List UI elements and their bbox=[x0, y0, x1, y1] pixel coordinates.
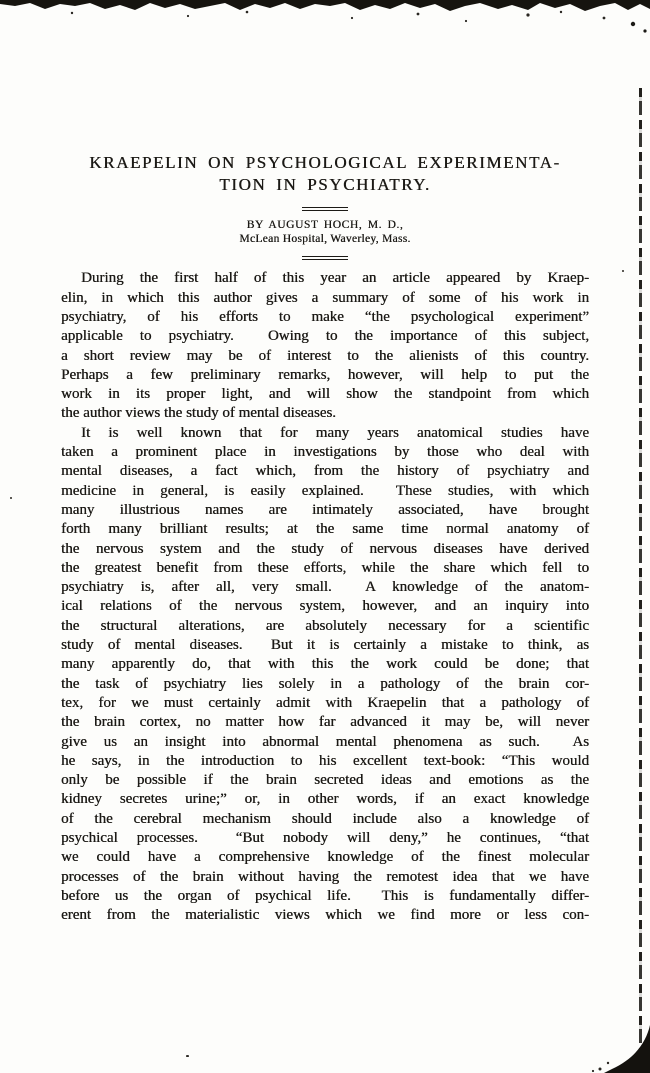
text-line: work in its proper light, and will show … bbox=[61, 385, 589, 404]
text-line: ical relations of the nervous system, ho… bbox=[61, 597, 589, 616]
title-line-2: TION IN PSYCHIATRY. bbox=[219, 175, 430, 194]
text-line: the brain cortex, no matter how far adva… bbox=[61, 713, 589, 732]
text-line: Perhaps a few preliminary remarks, howev… bbox=[61, 366, 589, 385]
text-line: many apparently do, that with this the w… bbox=[61, 655, 589, 674]
paragraph: It is well known that for many years ana… bbox=[61, 424, 589, 926]
text-line: forth many brilliant results; at the sam… bbox=[61, 520, 589, 539]
text-line: psychiatry is, after all, very small. A … bbox=[61, 578, 589, 597]
text-line: psychiatry, of his efforts to make “the … bbox=[61, 308, 589, 327]
text-line: of the cerebral mechanism should include… bbox=[61, 810, 589, 829]
title-line-1: KRAEPELIN ON PSYCHOLOGICAL EXPERIMENTA- bbox=[89, 153, 560, 172]
text-line: medicine in general, is easily explained… bbox=[61, 482, 589, 501]
text-line: only be possible if the brain secreted i… bbox=[61, 771, 589, 790]
scanned-page: KRAEPELIN ON PSYCHOLOGICAL EXPERIMENTA- … bbox=[0, 0, 650, 1073]
section-divider-top bbox=[302, 207, 348, 211]
text-line: before us the organ of psychical life. T… bbox=[61, 887, 589, 906]
text-line: many illustrious names are intimately as… bbox=[61, 501, 589, 520]
text-line: the structural alterations, are absolute… bbox=[61, 617, 589, 636]
text-line: he says, in the introduction to his exce… bbox=[61, 752, 589, 771]
text-line: the author views the study of mental dis… bbox=[61, 404, 589, 423]
paragraph: During the first half of this year an ar… bbox=[61, 269, 589, 423]
text-line: mental diseases, a fact which, from the … bbox=[61, 462, 589, 481]
byline: BY AUGUST HOCH, M. D., bbox=[0, 219, 650, 231]
text-line: During the first half of this year an ar… bbox=[61, 269, 589, 288]
text-line: processes of the brain without having th… bbox=[61, 868, 589, 887]
text-line: It is well known that for many years ana… bbox=[61, 424, 589, 443]
text-line: the task of psychiatry lies solely in a … bbox=[61, 675, 589, 694]
article-body: During the first half of this year an ar… bbox=[61, 269, 589, 925]
text-line: the nervous system and the study of nerv… bbox=[61, 540, 589, 559]
text-line: tex, for we must certainly admit with Kr… bbox=[61, 694, 589, 713]
text-line: give us an insight into abnormal mental … bbox=[61, 733, 589, 752]
text-line: the greatest benefit from these efforts,… bbox=[61, 559, 589, 578]
article-title: KRAEPELIN ON PSYCHOLOGICAL EXPERIMENTA- … bbox=[0, 152, 650, 196]
text-line: we could have a comprehensive knowledge … bbox=[61, 848, 589, 867]
scan-speck bbox=[186, 1055, 189, 1057]
text-line: taken a prominent place in investigation… bbox=[61, 443, 589, 462]
text-line: erent from the materialistic views which… bbox=[61, 906, 589, 925]
text-line: psychical processes. “But nobody will de… bbox=[61, 829, 589, 848]
section-divider-bottom bbox=[302, 256, 348, 260]
text-line: a short review may be of interest to the… bbox=[61, 347, 589, 366]
text-line: applicable to psychiatry. Owing to the i… bbox=[61, 327, 589, 346]
text-line: kidney secretes urine;” or, in other wor… bbox=[61, 790, 589, 809]
text-line: elin, in which this author gives a summa… bbox=[61, 289, 589, 308]
affiliation: McLean Hospital, Waverley, Mass. bbox=[0, 233, 650, 245]
article: KRAEPELIN ON PSYCHOLOGICAL EXPERIMENTA- … bbox=[0, 0, 650, 925]
scan-artifact-corner bbox=[590, 1023, 650, 1073]
text-line: study of mental diseases. But it is cert… bbox=[61, 636, 589, 655]
